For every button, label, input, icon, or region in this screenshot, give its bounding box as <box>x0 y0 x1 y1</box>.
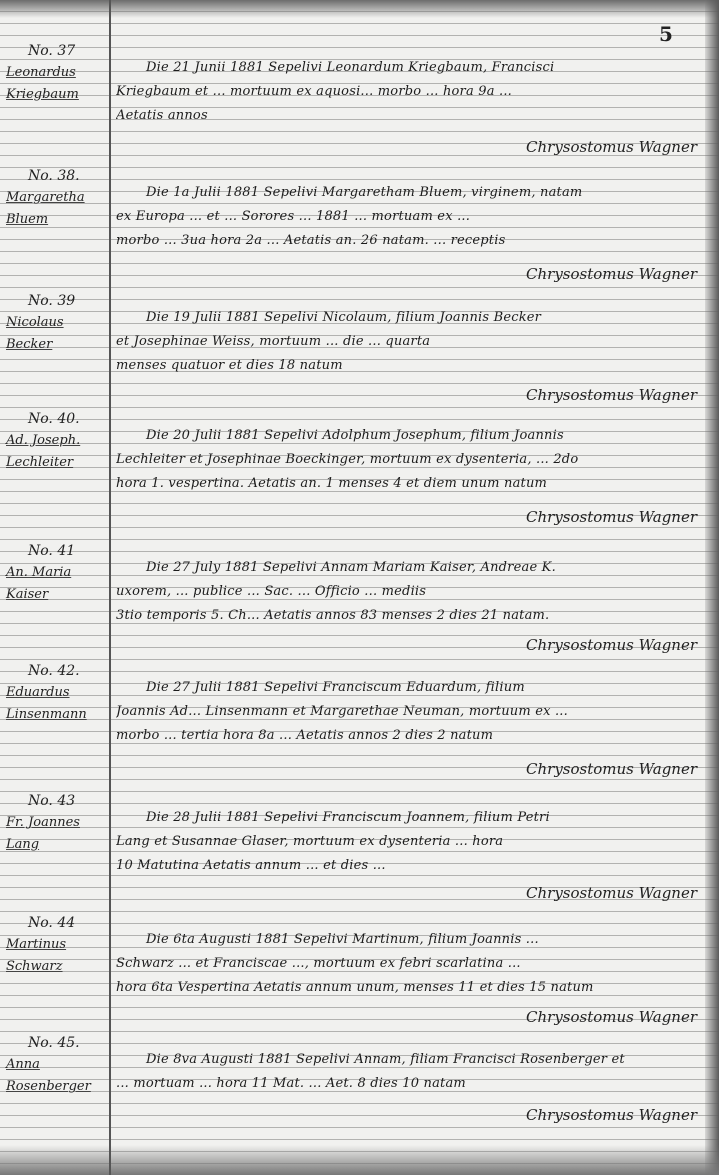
priest-signature: Chrysostomus Wagner <box>526 1008 697 1026</box>
entry-given-name: Eduardus <box>6 682 106 704</box>
register-entry: No. 45. Anna Rosenberger Die 8va Augusti… <box>0 1032 705 1152</box>
entry-line: Die 28 Julii 1881 Sepelivi Franciscum Jo… <box>116 806 701 830</box>
priest-signature: Chrysostomus Wagner <box>526 760 697 778</box>
priest-signature: Chrysostomus Wagner <box>526 1106 697 1124</box>
entry-text: Die 20 Julii 1881 Sepelivi Adolphum Jose… <box>116 424 701 496</box>
entry-margin: No. 40. Ad. Joseph. Lechleiter <box>6 408 106 474</box>
entry-text: Die 21 Junii 1881 Sepelivi Leonardum Kri… <box>116 56 701 128</box>
entry-given-name: Nicolaus <box>6 312 106 334</box>
priest-signature: Chrysostomus Wagner <box>526 508 697 526</box>
register-entry: No. 38. Margaretha Bluem Die 1a Julii 18… <box>0 165 705 285</box>
entry-number: No. 40. <box>6 408 106 430</box>
entry-given-name: Ad. Joseph. <box>6 430 106 452</box>
scan-right-edge <box>705 0 719 1175</box>
entry-surname: Lang <box>6 834 106 856</box>
entry-line: ex Europa ... et ... Sorores ... 1881 ..… <box>116 205 701 229</box>
entry-line: hora 6ta Vespertina Aetatis annum unum, … <box>116 976 701 1000</box>
entry-line: 10 Matutina Aetatis annum ... et dies ..… <box>116 854 701 878</box>
entry-text: Die 8va Augusti 1881 Sepelivi Annam, fil… <box>116 1048 701 1096</box>
entry-line: hora 1. vespertina. Aetatis an. 1 menses… <box>116 472 701 496</box>
entry-surname: Becker <box>6 334 106 356</box>
entry-line: Aetatis annos <box>116 104 701 128</box>
entry-text: Die 27 July 1881 Sepelivi Annam Mariam K… <box>116 556 701 628</box>
entry-given-name: Margaretha <box>6 187 106 209</box>
entry-text: Die 27 Julii 1881 Sepelivi Franciscum Ed… <box>116 676 701 748</box>
entry-margin: No. 37 Leonardus Kriegbaum <box>6 40 106 106</box>
entry-number: No. 37 <box>6 40 106 62</box>
entry-line: uxorem, ... publice ... Sac. ... Officio… <box>116 580 701 604</box>
entry-number: No. 42. <box>6 660 106 682</box>
entry-line: Die 8va Augusti 1881 Sepelivi Annam, fil… <box>116 1048 701 1072</box>
entry-line: Die 20 Julii 1881 Sepelivi Adolphum Jose… <box>116 424 701 448</box>
entry-given-name: Martinus <box>6 934 106 956</box>
entry-line: morbo ... tertia hora 8a ... Aetatis ann… <box>116 724 701 748</box>
scan-top-shadow <box>0 0 719 18</box>
entry-given-name: Leonardus <box>6 62 106 84</box>
priest-signature: Chrysostomus Wagner <box>526 636 697 654</box>
register-entry: No. 40. Ad. Joseph. Lechleiter Die 20 Ju… <box>0 408 705 538</box>
entry-line: et Josephinae Weiss, mortuum ... die ...… <box>116 330 701 354</box>
entry-margin: No. 45. Anna Rosenberger <box>6 1032 106 1098</box>
entry-text: Die 1a Julii 1881 Sepelivi Margaretham B… <box>116 181 701 253</box>
priest-signature: Chrysostomus Wagner <box>526 386 697 404</box>
entry-line: Die 1a Julii 1881 Sepelivi Margaretham B… <box>116 181 701 205</box>
entry-margin: No. 38. Margaretha Bluem <box>6 165 106 231</box>
entry-line: Lechleiter et Josephinae Boeckinger, mor… <box>116 448 701 472</box>
entry-surname: Lechleiter <box>6 452 106 474</box>
entry-line: 3tio temporis 5. Ch... Aetatis annos 83 … <box>116 604 701 628</box>
priest-signature: Chrysostomus Wagner <box>526 138 697 156</box>
entry-margin: No. 39 Nicolaus Becker <box>6 290 106 356</box>
entry-line: Die 27 July 1881 Sepelivi Annam Mariam K… <box>116 556 701 580</box>
entry-given-name: Anna <box>6 1054 106 1076</box>
entry-surname: Rosenberger <box>6 1076 106 1098</box>
entry-line: Die 21 Junii 1881 Sepelivi Leonardum Kri… <box>116 56 701 80</box>
entry-line: Die 27 Julii 1881 Sepelivi Franciscum Ed… <box>116 676 701 700</box>
register-page: 5 No. 37 Leonardus Kriegbaum Die 21 Juni… <box>0 0 719 1175</box>
register-entry: No. 42. Eduardus Linsenmann Die 27 Julii… <box>0 660 705 790</box>
entry-number: No. 39 <box>6 290 106 312</box>
entry-number: No. 45. <box>6 1032 106 1054</box>
register-entry: No. 43 Fr. Joannes Lang Die 28 Julii 188… <box>0 790 705 910</box>
register-entry: No. 37 Leonardus Kriegbaum Die 21 Junii … <box>0 40 705 155</box>
entry-number: No. 38. <box>6 165 106 187</box>
entry-text: Die 28 Julii 1881 Sepelivi Franciscum Jo… <box>116 806 701 878</box>
entry-line: Kriegbaum et ... mortuum ex aquosi... mo… <box>116 80 701 104</box>
register-entry: No. 41 An. Maria Kaiser Die 27 July 1881… <box>0 540 705 660</box>
entry-margin: No. 44 Martinus Schwarz <box>6 912 106 978</box>
entry-surname: Schwarz <box>6 956 106 978</box>
entry-line: Die 6ta Augusti 1881 Sepelivi Martinum, … <box>116 928 701 952</box>
entry-line: Lang et Susannae Glaser, mortuum ex dyse… <box>116 830 701 854</box>
entry-line: morbo ... 3ua hora 2a ... Aetatis an. 26… <box>116 229 701 253</box>
register-entry: No. 39 Nicolaus Becker Die 19 Julii 1881… <box>0 290 705 410</box>
register-entry: No. 44 Martinus Schwarz Die 6ta Augusti … <box>0 912 705 1032</box>
priest-signature: Chrysostomus Wagner <box>526 265 697 283</box>
entry-number: No. 43 <box>6 790 106 812</box>
entry-margin: No. 43 Fr. Joannes Lang <box>6 790 106 856</box>
entry-given-name: Fr. Joannes <box>6 812 106 834</box>
entry-number: No. 44 <box>6 912 106 934</box>
entry-line: ... mortuam ... hora 11 Mat. ... Aet. 8 … <box>116 1072 701 1096</box>
entry-margin: No. 42. Eduardus Linsenmann <box>6 660 106 726</box>
entry-surname: Kriegbaum <box>6 84 106 106</box>
entry-margin: No. 41 An. Maria Kaiser <box>6 540 106 606</box>
entry-given-name: An. Maria <box>6 562 106 584</box>
entry-number: No. 41 <box>6 540 106 562</box>
entry-line: Die 19 Julii 1881 Sepelivi Nicolaum, fil… <box>116 306 701 330</box>
entry-text: Die 6ta Augusti 1881 Sepelivi Martinum, … <box>116 928 701 1000</box>
entry-line: menses quatuor et dies 18 natum <box>116 354 701 378</box>
entry-line: Schwarz ... et Franciscae ..., mortuum e… <box>116 952 701 976</box>
entry-surname: Linsenmann <box>6 704 106 726</box>
entry-surname: Kaiser <box>6 584 106 606</box>
entry-text: Die 19 Julii 1881 Sepelivi Nicolaum, fil… <box>116 306 701 378</box>
entry-surname: Bluem <box>6 209 106 231</box>
entry-line: Joannis Ad... Linsenmann et Margarethae … <box>116 700 701 724</box>
priest-signature: Chrysostomus Wagner <box>526 884 697 902</box>
